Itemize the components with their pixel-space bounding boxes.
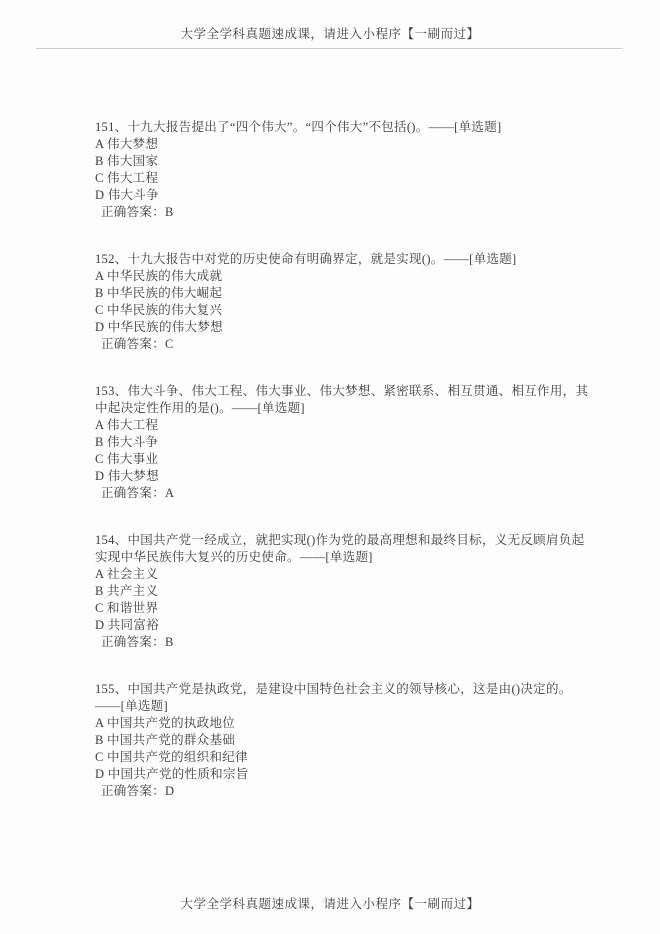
option-d: D 共同富裕 (95, 617, 595, 634)
correct-answer: 正确答案：C (95, 336, 595, 353)
option-d: D 伟大梦想 (95, 468, 595, 485)
question-list: 151、十九大报告提出了“四个伟大”。“四个伟大”不包括()。——[单选题] A… (0, 49, 660, 800)
option-c: C 中华民族的伟大复兴 (95, 302, 595, 319)
question-155: 155、中国共产党是执政党，是建设中国特色社会主义的领导核心，这是由()决定的。… (95, 681, 595, 800)
question-stem: 151、十九大报告提出了“四个伟大”。“四个伟大”不包括()。——[单选题] (95, 119, 595, 136)
document-page: 大学全学科真题速成课，请进入小程序【一刷而过】 151、十九大报告提出了“四个伟… (0, 0, 660, 934)
option-c: C 中国共产党的组织和纪律 (95, 749, 595, 766)
question-154: 154、中国共产党一经成立，就把实现()作为党的最高理想和最终目标，义无反顾肩负… (95, 532, 595, 651)
option-c: C 和谐世界 (95, 600, 595, 617)
question-stem: 153、伟大斗争、伟大工程、伟大事业、伟大梦想、紧密联系、相互贯通、相互作用，其… (95, 383, 595, 417)
footer-promo-text: 大学全学科真题速成课，请进入小程序【一刷而过】 (0, 894, 660, 912)
correct-answer: 正确答案：B (95, 634, 595, 651)
option-b: B 共产主义 (95, 583, 595, 600)
correct-answer: 正确答案：D (95, 783, 595, 800)
correct-answer: 正确答案：B (95, 204, 595, 221)
header-promo-text: 大学全学科真题速成课，请进入小程序【一刷而过】 (0, 0, 660, 42)
question-stem: 152、十九大报告中对党的历史使命有明确界定，就是实现()。——[单选题] (95, 251, 595, 268)
question-152: 152、十九大报告中对党的历史使命有明确界定，就是实现()。——[单选题] A … (95, 251, 595, 353)
option-a: A 社会主义 (95, 566, 595, 583)
option-b: B 中国共产党的群众基础 (95, 732, 595, 749)
option-d: D 中华民族的伟大梦想 (95, 319, 595, 336)
question-stem: 155、中国共产党是执政党，是建设中国特色社会主义的领导核心，这是由()决定的。… (95, 681, 595, 715)
question-stem: 154、中国共产党一经成立，就把实现()作为党的最高理想和最终目标，义无反顾肩负… (95, 532, 595, 566)
option-b: B 中华民族的伟大崛起 (95, 285, 595, 302)
option-b: B 伟大斗争 (95, 434, 595, 451)
correct-answer: 正确答案：A (95, 485, 595, 502)
option-c: C 伟大工程 (95, 170, 595, 187)
option-d: D 伟大斗争 (95, 187, 595, 204)
question-153: 153、伟大斗争、伟大工程、伟大事业、伟大梦想、紧密联系、相互贯通、相互作用，其… (95, 383, 595, 502)
option-a: A 中华民族的伟大成就 (95, 268, 595, 285)
option-a: A 伟大梦想 (95, 136, 595, 153)
option-a: A 中国共产党的执政地位 (95, 715, 595, 732)
option-a: A 伟大工程 (95, 417, 595, 434)
option-d: D 中国共产党的性质和宗旨 (95, 766, 595, 783)
option-c: C 伟大事业 (95, 451, 595, 468)
question-151: 151、十九大报告提出了“四个伟大”。“四个伟大”不包括()。——[单选题] A… (95, 119, 595, 221)
option-b: B 伟大国家 (95, 153, 595, 170)
